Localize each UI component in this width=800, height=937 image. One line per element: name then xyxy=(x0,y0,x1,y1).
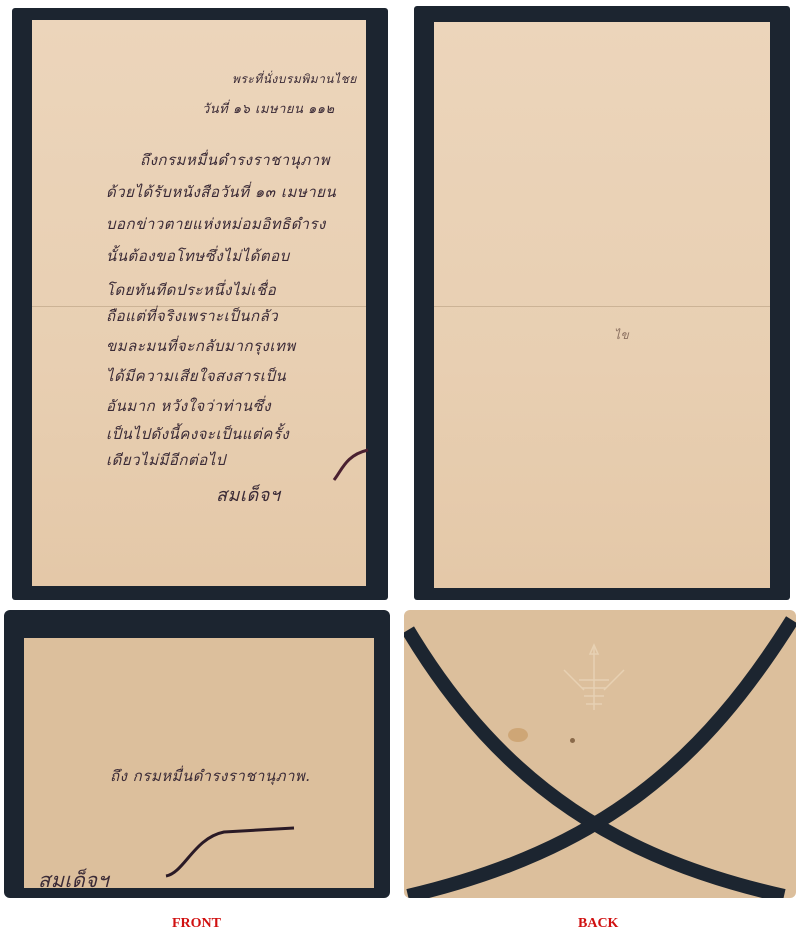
letter-line: ถือแต่ที่จริงเพราะเป็นกลัว xyxy=(106,304,278,328)
letter-line: โดยทันทีดประหนึ่งไม่เชื่อ xyxy=(106,278,276,302)
fold-line xyxy=(434,306,770,307)
fold-line xyxy=(32,306,366,307)
stain xyxy=(508,728,528,742)
letter-line: พระที่นั่งบรมพิมานไชย xyxy=(232,70,357,89)
letter-salutation: ถึงกรมหมื่นดำรงราชานุภาพ xyxy=(140,148,330,172)
envelope-front-paper: ถึง กรมหมื่นดำรงราชานุภาพ. สมเด็จฯ xyxy=(24,638,374,888)
punch-hole xyxy=(570,738,575,743)
envelope-address: ถึง กรมหมื่นดำรงราชานุภาพ. xyxy=(110,764,311,788)
letter-line: บอกข่าวตายแห่งหม่อมอิทธิดำรง xyxy=(106,212,326,236)
signature-flourish-icon xyxy=(332,440,372,490)
letter-back-note: ไข xyxy=(614,326,629,345)
letter-back-paper xyxy=(434,22,770,588)
letter-line: เดียวไม่มีอีกต่อไป xyxy=(106,448,226,472)
letter-front-paper: พระที่นั่งบรมพิมานไชย วันที่ ๑๖ เมษายน ๑… xyxy=(32,20,366,586)
letter-signature: สมเด็จฯ xyxy=(216,480,280,509)
envelope-front: ถึง กรมหมื่นดำรงราชานุภาพ. สมเด็จฯ xyxy=(4,610,390,898)
royal-crest-icon xyxy=(554,640,634,720)
letter-front-page: พระที่นั่งบรมพิมานไชย วันที่ ๑๖ เมษายน ๑… xyxy=(12,8,388,600)
letter-line: ได้มีความเสียใจสงสารเป็น xyxy=(106,364,286,388)
letter-line: ขมละมนที่จะกลับมากรุงเทพ xyxy=(106,334,296,358)
envelope-back xyxy=(404,610,796,898)
back-label: BACK xyxy=(578,916,618,932)
letter-line: อันมาก หวังใจว่าท่านซึ่ง xyxy=(106,394,271,418)
front-label: FRONT xyxy=(172,916,221,932)
letter-line: ด้วยได้รับหนังสือวันที่ ๑๓ เมษายน xyxy=(106,180,336,204)
envelope-signature: สมเด็จฯ xyxy=(38,864,109,896)
letter-line: เป็นไปดังนี้คงจะเป็นแต่ครั้ง xyxy=(106,422,289,446)
signature-flourish-icon xyxy=(164,818,304,878)
letter-line: นั้นต้องขอโทษซึ่งไม่ได้ตอบ xyxy=(106,244,290,268)
letter-date: วันที่ ๑๖ เมษายน ๑๑๒ xyxy=(202,98,335,119)
letter-back-page: ไข xyxy=(414,6,790,600)
